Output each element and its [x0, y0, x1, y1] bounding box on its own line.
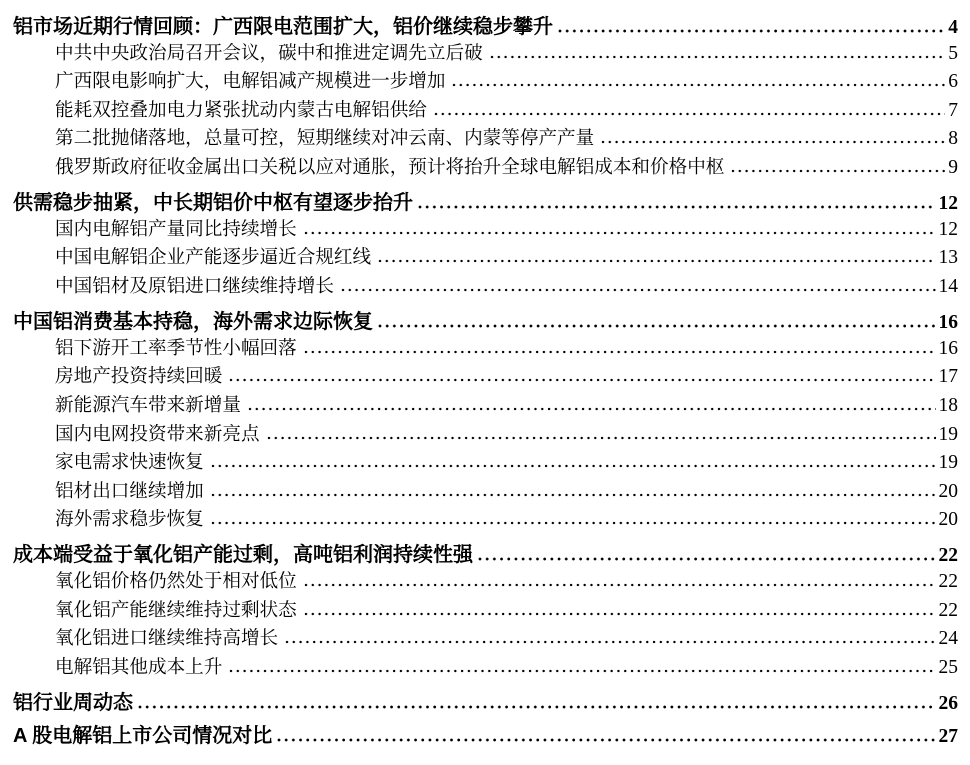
toc-entry-title: 氧化铝进口继续维持高增长 — [55, 624, 278, 650]
toc-entry-title: 铝市场近期行情回顾：广西限电范围扩大，铝价继续稳步攀升 — [13, 10, 553, 39]
toc-page-number: 20 — [939, 481, 959, 503]
dot-leader — [247, 407, 936, 411]
table-of-contents: 铝市场近期行情回顾：广西限电范围扩大，铝价继续稳步攀升4中共中央政治局召开会议，… — [0, 0, 970, 748]
toc-entry-title: 氧化铝产能继续维持过剩状态 — [55, 596, 297, 622]
dot-leader — [303, 350, 936, 354]
toc-entry-title: 海外需求稳步恢复 — [55, 505, 204, 531]
dot-leader — [303, 612, 936, 616]
toc-entry-title: 成本端受益于氧化铝产能过剩，高吨铝利润持续性强 — [13, 538, 473, 567]
toc-entry-title: 铝材出口继续增加 — [55, 477, 204, 503]
toc-page-number: 19 — [939, 452, 959, 474]
dot-leader — [730, 169, 945, 173]
toc-page-number: 12 — [939, 219, 959, 241]
dot-leader — [137, 705, 936, 709]
dot-leader — [451, 83, 945, 87]
toc-entry-title: 国内电网投资带来新亮点 — [55, 420, 260, 446]
toc-page-number: 12 — [939, 193, 959, 215]
toc-entry-title: 铝下游开工率季节性小幅回落 — [55, 334, 297, 360]
toc-page-number: 20 — [939, 509, 959, 531]
toc-page-number: 19 — [939, 424, 959, 446]
toc-entry-subsection[interactable]: 氧化铝价格仍然处于相对低位22 — [13, 567, 958, 596]
dot-leader — [210, 493, 936, 497]
toc-entry-subsection[interactable]: 电解铝其他成本上升25 — [13, 653, 958, 682]
toc-entry-title: 电解铝其他成本上升 — [55, 653, 222, 679]
toc-entry-section[interactable]: 铝行业周动态26 — [13, 686, 958, 715]
toc-page-number: 27 — [939, 726, 959, 748]
toc-page-number: 13 — [939, 247, 959, 269]
toc-entry-title: 能耗双控叠加电力紧张扰动内蒙古电解铝供给 — [55, 96, 427, 122]
toc-page-number: 16 — [939, 312, 959, 334]
toc-entry-subsection[interactable]: 俄罗斯政府征收金属出口关税以应对通胀，预计将抬升全球电解铝成本和价格中枢9 — [13, 153, 958, 182]
toc-entry-title: 新能源汽车带来新增量 — [55, 391, 241, 417]
toc-entry-title: 供需稳步抽紧，中长期铝价中枢有望逐步抬升 — [13, 186, 413, 215]
dot-leader — [210, 464, 936, 468]
toc-entry-subsection[interactable]: 新能源汽车带来新增量18 — [13, 391, 958, 420]
dot-leader — [228, 669, 935, 673]
toc-entry-subsection[interactable]: 房地产投资持续回暖17 — [13, 362, 958, 391]
dot-leader — [600, 140, 945, 144]
toc-entry-subsection[interactable]: 氧化铝产能继续维持过剩状态22 — [13, 596, 958, 625]
toc-entry-subsection[interactable]: 第二批抛储落地，总量可控，短期继续对冲云南、内蒙等停产产量8 — [13, 124, 958, 153]
toc-page-number: 4 — [948, 17, 958, 39]
dot-leader — [303, 231, 936, 235]
toc-entry-subsection[interactable]: 中共中央政治局召开会议，碳中和推进定调先立后破5 — [13, 39, 958, 68]
toc-entry-subsection[interactable]: 国内电解铝产量同比持续增长12 — [13, 215, 958, 244]
toc-entry-section[interactable]: 中国铝消费基本持稳，海外需求边际恢复16 — [13, 305, 958, 334]
toc-entry-title: 房地产投资持续回暖 — [55, 362, 222, 388]
toc-page-number: 18 — [939, 395, 959, 417]
dot-leader — [228, 378, 935, 382]
toc-entry-section[interactable]: 供需稳步抽紧，中长期铝价中枢有望逐步抬升12 — [13, 186, 958, 215]
toc-entry-section[interactable]: 成本端受益于氧化铝产能过剩，高吨铝利润持续性强22 — [13, 538, 958, 567]
toc-entry-subsection[interactable]: 中国铝材及原铝进口继续维持增长14 — [13, 272, 958, 301]
toc-entry-title: 家电需求快速恢复 — [55, 448, 204, 474]
dot-leader — [433, 112, 945, 116]
toc-entry-title: 中国电解铝企业产能逐步逼近合规红线 — [55, 243, 371, 269]
dot-leader — [417, 205, 936, 209]
dot-leader — [489, 55, 946, 59]
toc-page-number: 24 — [939, 628, 959, 650]
toc-entry-subsection[interactable]: 广西限电影响扩大，电解铝减产规模进一步增加6 — [13, 67, 958, 96]
toc-entry-title: 中国铝材及原铝进口继续维持增长 — [55, 272, 334, 298]
toc-entry-subsection[interactable]: 国内电网投资带来新亮点19 — [13, 420, 958, 449]
toc-page-number: 14 — [939, 276, 959, 298]
dot-leader — [303, 583, 936, 587]
toc-entry-subsection[interactable]: 海外需求稳步恢复20 — [13, 505, 958, 534]
dot-leader — [377, 259, 935, 263]
toc-page-number: 8 — [948, 128, 958, 150]
dot-leader — [340, 288, 936, 292]
toc-entry-subsection[interactable]: 能耗双控叠加电力紧张扰动内蒙古电解铝供给7 — [13, 96, 958, 125]
toc-page-number: 6 — [948, 71, 958, 93]
toc-page-number: 9 — [948, 157, 958, 179]
toc-entry-title: 国内电解铝产量同比持续增长 — [55, 215, 297, 241]
toc-entry-subsection[interactable]: 家电需求快速恢复19 — [13, 448, 958, 477]
toc-entry-title: 中国铝消费基本持稳，海外需求边际恢复 — [13, 305, 373, 334]
toc-page-number: 22 — [939, 600, 959, 622]
toc-entry-subsection[interactable]: 氧化铝进口继续维持高增长24 — [13, 624, 958, 653]
toc-entry-title: 铝行业周动态 — [13, 686, 133, 715]
toc-entry-title: A 股电解铝上市公司情况对比 — [13, 719, 272, 748]
dot-leader — [266, 436, 936, 440]
toc-entry-section[interactable]: 铝市场近期行情回顾：广西限电范围扩大，铝价继续稳步攀升4 — [13, 10, 958, 39]
dot-leader — [284, 640, 935, 644]
toc-entry-subsection[interactable]: 铝材出口继续增加20 — [13, 477, 958, 506]
dot-leader — [477, 557, 936, 561]
toc-page-number: 7 — [948, 100, 958, 122]
toc-page-number: 22 — [939, 571, 959, 593]
toc-page-number: 25 — [939, 657, 959, 679]
toc-page-number: 22 — [939, 545, 959, 567]
toc-entry-title: 中共中央政治局召开会议，碳中和推进定调先立后破 — [55, 39, 483, 65]
toc-entry-title: 广西限电影响扩大，电解铝减产规模进一步增加 — [55, 67, 445, 93]
dot-leader — [557, 29, 945, 33]
toc-entry-title: 氧化铝价格仍然处于相对低位 — [55, 567, 297, 593]
toc-entry-subsection[interactable]: 中国电解铝企业产能逐步逼近合规红线13 — [13, 243, 958, 272]
toc-page-number: 17 — [939, 366, 959, 388]
toc-entry-section[interactable]: A 股电解铝上市公司情况对比27 — [13, 719, 958, 748]
dot-leader — [276, 738, 935, 742]
toc-page-number: 26 — [939, 693, 959, 715]
dot-leader — [210, 521, 936, 525]
toc-entry-title: 第二批抛储落地，总量可控，短期继续对冲云南、内蒙等停产产量 — [55, 124, 594, 150]
toc-entry-title: 俄罗斯政府征收金属出口关税以应对通胀，预计将抬升全球电解铝成本和价格中枢 — [55, 153, 724, 179]
toc-entry-subsection[interactable]: 铝下游开工率季节性小幅回落16 — [13, 334, 958, 363]
dot-leader — [377, 324, 936, 328]
toc-page-number: 5 — [948, 43, 958, 65]
toc-page-number: 16 — [939, 338, 959, 360]
